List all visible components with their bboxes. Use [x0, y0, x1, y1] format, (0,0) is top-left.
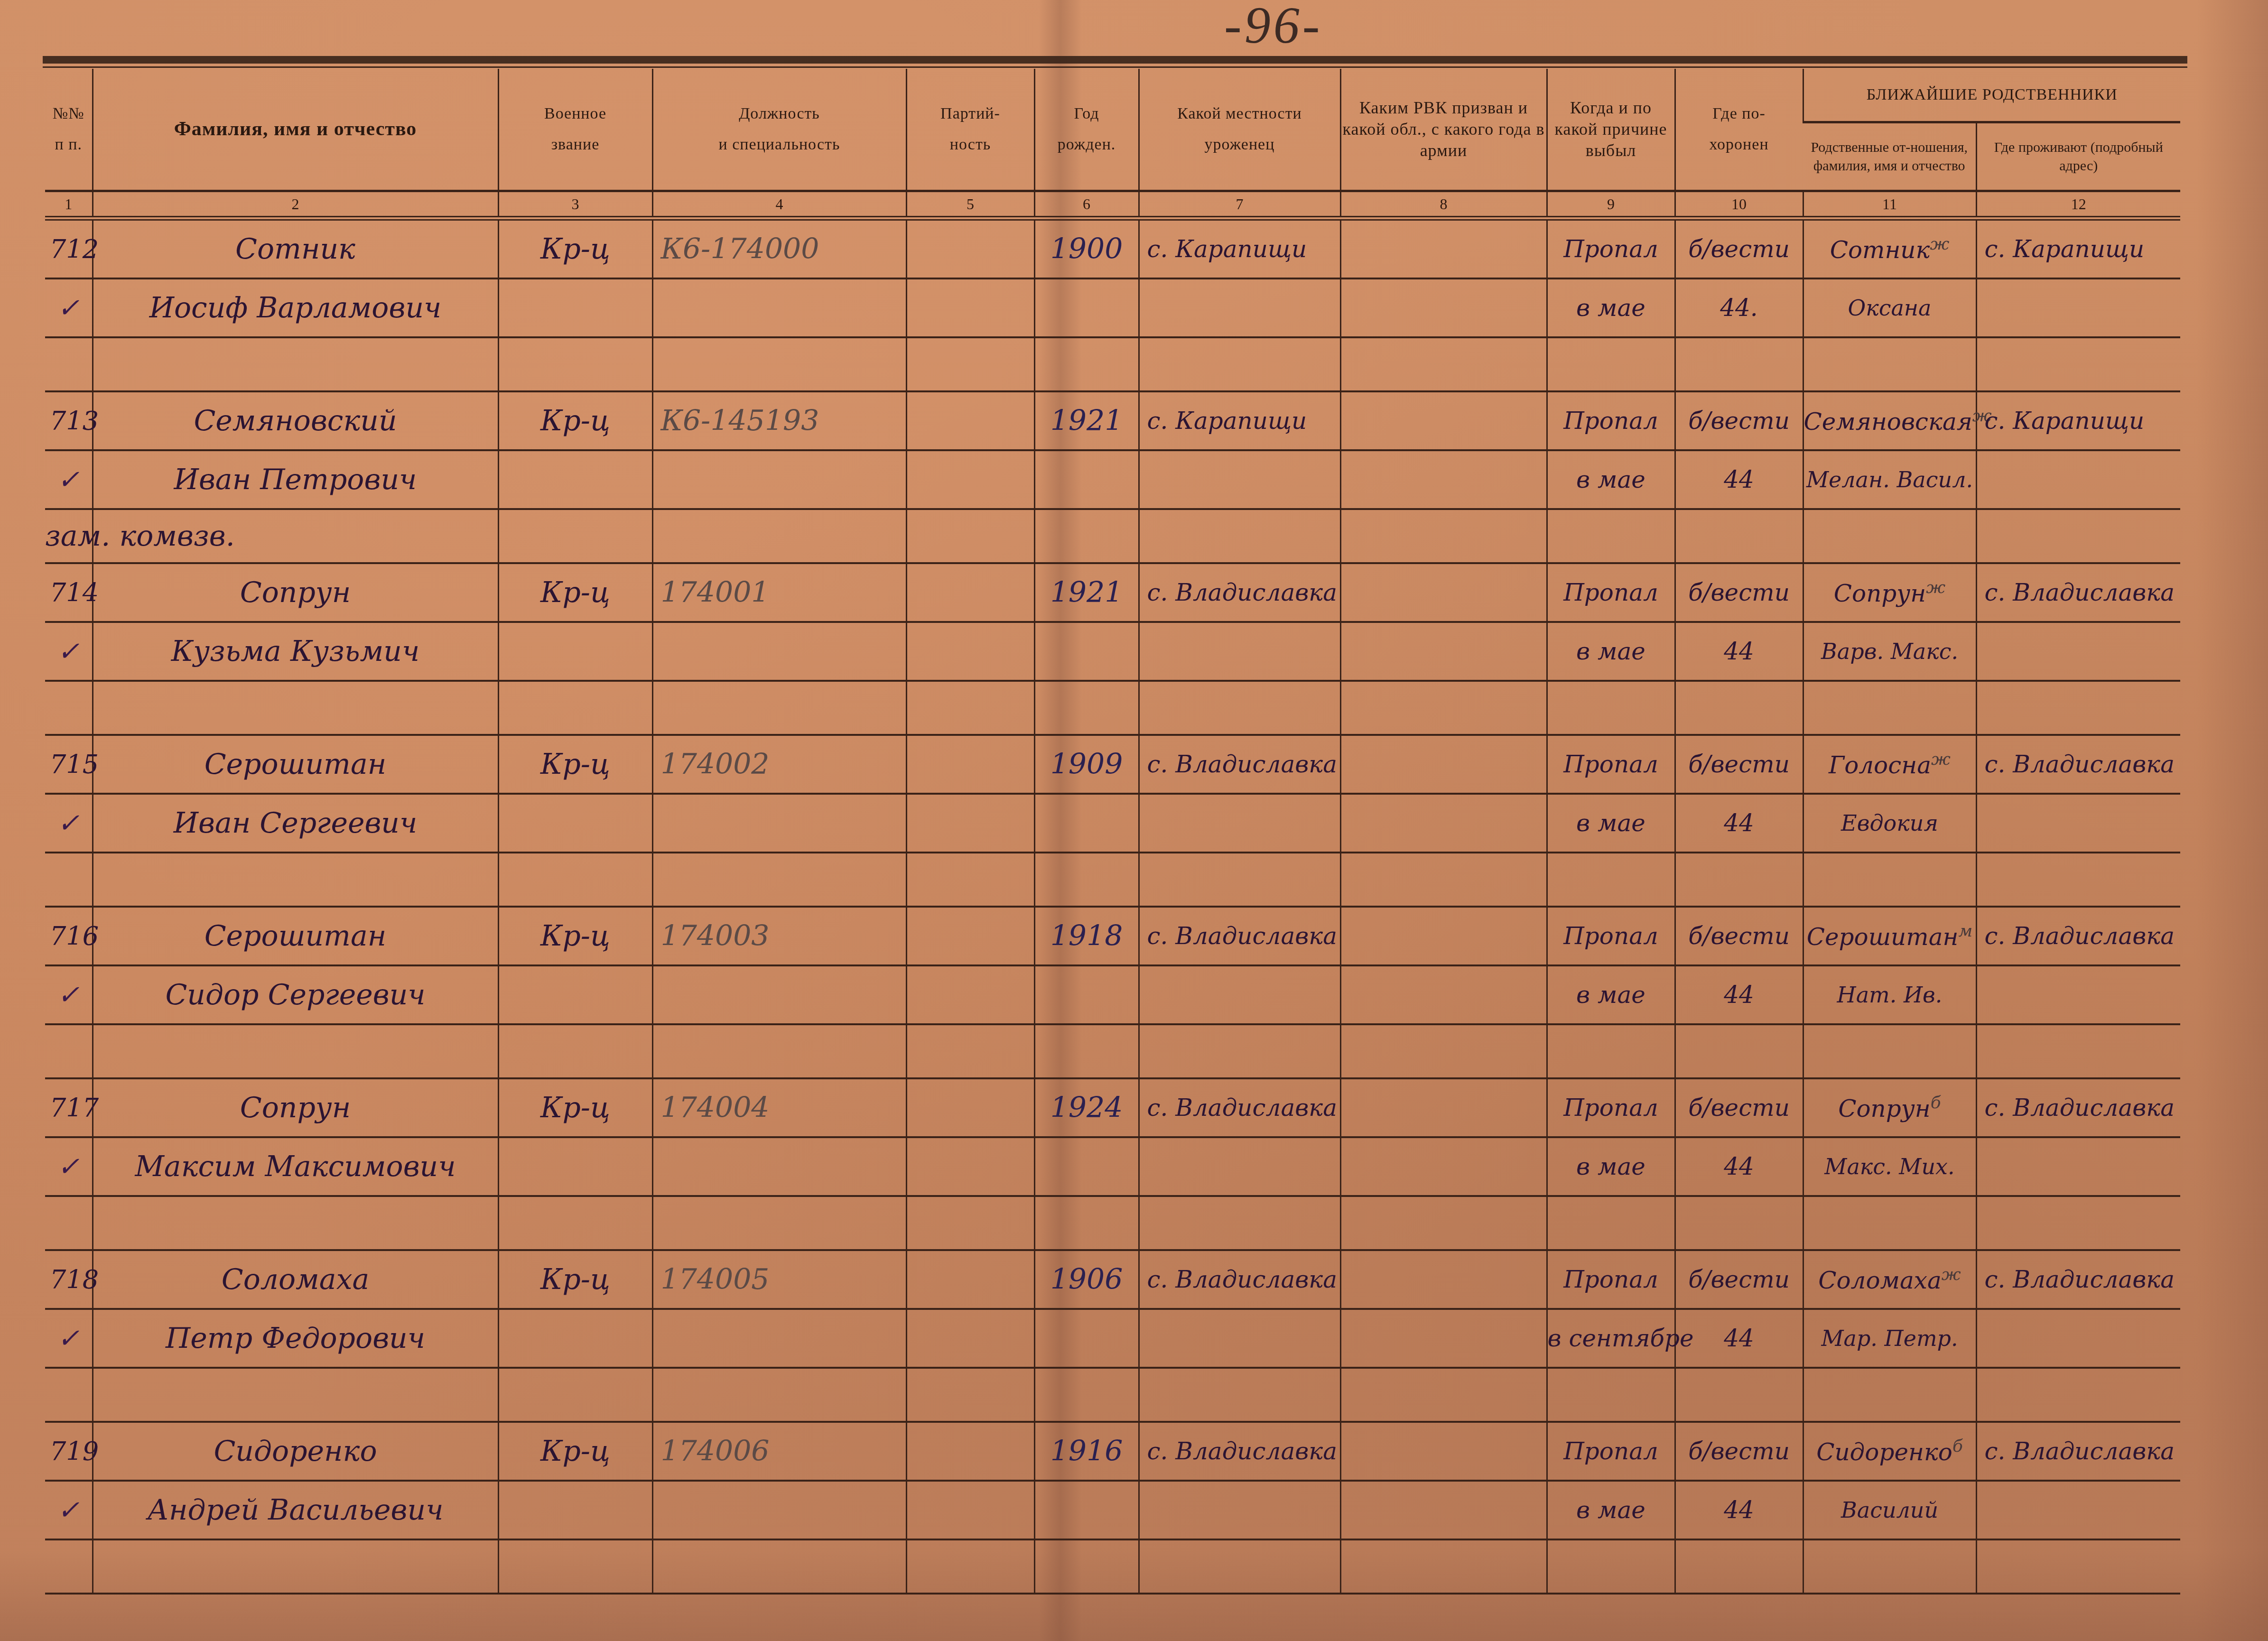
entry-surname: Сопрун: [93, 1078, 498, 1137]
entry-annotation: [45, 681, 93, 735]
entry-rank: Кр-ц: [498, 391, 652, 450]
entry-when-left: Пропал: [1547, 735, 1675, 794]
entry-rank-2: [498, 1137, 652, 1196]
blank-cell: [1139, 1368, 1340, 1422]
checkmark-icon: ✓: [45, 965, 93, 1024]
entry-relative-given: Макс. Мих.: [1803, 1137, 1976, 1196]
entry-position-2: [652, 965, 906, 1024]
entry-rvk-2: [1340, 450, 1547, 509]
entry-buried-2: 44: [1675, 622, 1803, 681]
header-birthplace: Какой местности уроженец: [1139, 69, 1340, 191]
entry-buried: б/вести: [1675, 1422, 1803, 1481]
blank-cell: [1547, 509, 1675, 563]
entry-row-blank: [45, 1368, 2180, 1422]
entry-birthplace-2: [1139, 278, 1340, 337]
entry-row-line1: 716 Серошитан Кр-ц 174003 1918 с. Владис…: [45, 907, 2180, 965]
header-party: Партий- ность: [906, 69, 1034, 191]
entry-address: с. Владиславка: [1976, 907, 2180, 965]
entry-address-2: [1976, 450, 2180, 509]
blank-cell: [1340, 1368, 1547, 1422]
header-position-line1: Должность: [653, 99, 906, 130]
blank-cell: [498, 681, 652, 735]
col-num: 11: [1803, 191, 1976, 219]
entry-birthplace: с. Владиславка: [1139, 1422, 1340, 1481]
entry-relative-relation: ж: [1931, 750, 1951, 769]
entry-year-2: [1034, 1481, 1139, 1539]
entry-when-left: Пропал: [1547, 1250, 1675, 1309]
entry-given-names: Максим Максимович: [93, 1137, 498, 1196]
entry-when-left-2: в мае: [1547, 965, 1675, 1024]
entry-annotation: [45, 1368, 93, 1422]
entry-year-2: [1034, 1309, 1139, 1368]
blank-cell: [1803, 853, 1976, 907]
entry-year-2: [1034, 278, 1139, 337]
header-rank-line1: Военное: [499, 99, 652, 130]
entry-given-names: Иван Петрович: [93, 450, 498, 509]
entry-birthplace: с. Карапищи: [1139, 391, 1340, 450]
entry-position: 174005: [652, 1250, 906, 1309]
header-birthplace-line1: Какой местности: [1140, 99, 1340, 130]
entry-relative-given: Мелан. Васил.: [1803, 450, 1976, 509]
blank-cell: [1547, 1024, 1675, 1078]
blank-cell: [906, 337, 1034, 391]
entry-surname: Серошитан: [93, 907, 498, 965]
blank-cell: [498, 1368, 652, 1422]
header-birth-year: Год рожден.: [1034, 69, 1139, 191]
header-position: Должность и специальность: [652, 69, 906, 191]
entry-address-2: [1976, 1137, 2180, 1196]
blank-cell: [498, 853, 652, 907]
entry-relative: Голоснаж: [1803, 735, 1976, 794]
entry-rank: Кр-ц: [498, 1078, 652, 1137]
entry-birthplace: с. Владиславка: [1139, 563, 1340, 622]
entry-relative-name: Сопрун: [1838, 1095, 1931, 1122]
blank-cell: [1675, 337, 1803, 391]
entry-relative-name: Сопрун: [1834, 580, 1926, 607]
entry-rvk-2: [1340, 965, 1547, 1024]
entry-buried: б/вести: [1675, 218, 1803, 278]
entry-row-line2: ✓ Сидор Сергеевич в мае 44 Нат. Ив.: [45, 965, 2180, 1024]
entry-relative-relation: б: [1952, 1437, 1963, 1456]
entry-when-left: Пропал: [1547, 907, 1675, 965]
header-party-line2: ность: [907, 130, 1034, 160]
entry-birth-year: 1924: [1034, 1078, 1139, 1137]
entry-address: с. Карапищи: [1976, 391, 2180, 450]
entry-rvk: [1340, 735, 1547, 794]
blank-cell: [1803, 337, 1976, 391]
entry-birthplace-2: [1139, 450, 1340, 509]
top-rule: [43, 56, 2187, 64]
blank-cell: [1139, 681, 1340, 735]
entry-rvk-2: [1340, 1137, 1547, 1196]
blank-cell: [1034, 1024, 1139, 1078]
entry-address-2: [1976, 965, 2180, 1024]
entry-rank: Кр-ц: [498, 218, 652, 278]
blank-cell: [652, 337, 906, 391]
entry-row-line1: 718 Соломаха Кр-ц 174005 1906 с. Владисл…: [45, 1250, 2180, 1309]
entry-party: [906, 1422, 1034, 1481]
entry-relative: Сотникж: [1803, 218, 1976, 278]
entry-row-blank: [45, 337, 2180, 391]
blank-cell: [93, 1024, 498, 1078]
entry-address: с. Владиславка: [1976, 1078, 2180, 1137]
header-when-left: Когда и по какой причине выбыл: [1547, 69, 1675, 191]
entry-number: 712: [45, 218, 93, 278]
header-full-name: Фамилия, имя и отчество: [93, 69, 498, 191]
blank-cell: [906, 1539, 1034, 1594]
top-rule-thin: [43, 66, 2187, 68]
blank-cell: [906, 681, 1034, 735]
entry-given-names: Андрей Васильевич: [93, 1481, 498, 1539]
entry-birthplace-2: [1139, 622, 1340, 681]
blank-cell: [93, 853, 498, 907]
entry-party-2: [906, 1309, 1034, 1368]
blank-cell: [1034, 509, 1139, 563]
blank-cell: [1034, 1196, 1139, 1250]
entry-buried: б/вести: [1675, 1078, 1803, 1137]
entry-surname: Семяновский: [93, 391, 498, 450]
entry-birth-year: 1921: [1034, 563, 1139, 622]
column-number-row: 1 2 3 4 5 6 7 8 9 10 11 12: [45, 191, 2180, 219]
entry-number: 719: [45, 1422, 93, 1481]
blank-cell: [93, 681, 498, 735]
entry-rvk: [1340, 1078, 1547, 1137]
entry-rvk: [1340, 563, 1547, 622]
entry-relative-given: Варв. Макс.: [1803, 622, 1976, 681]
entry-rank-2: [498, 794, 652, 853]
entry-relative-name: Семяновская: [1804, 408, 1972, 436]
entry-buried: б/вести: [1675, 907, 1803, 965]
entry-surname: Сидоренко: [93, 1422, 498, 1481]
entry-rank-2: [498, 965, 652, 1024]
entry-when-left: Пропал: [1547, 563, 1675, 622]
blank-cell: [1547, 853, 1675, 907]
blank-cell: [1547, 337, 1675, 391]
blank-cell: [93, 1196, 498, 1250]
blank-cell: [1340, 1196, 1547, 1250]
entry-given-names: Сидор Сергеевич: [93, 965, 498, 1024]
entry-birth-year: 1918: [1034, 907, 1139, 965]
entry-address: с. Владиславка: [1976, 563, 2180, 622]
blank-cell: [1547, 681, 1675, 735]
checkmark-icon: ✓: [45, 1481, 93, 1539]
entry-birthplace: с. Карапищи: [1139, 218, 1340, 278]
blank-cell: [93, 337, 498, 391]
blank-cell: [1976, 681, 2180, 735]
blank-cell: [1675, 1539, 1803, 1594]
entry-year-2: [1034, 794, 1139, 853]
blank-cell: [1139, 509, 1340, 563]
header-burial-line1: Где по-: [1676, 99, 1803, 130]
entry-rvk: [1340, 1250, 1547, 1309]
entry-rank-2: [498, 1309, 652, 1368]
entry-position-2: [652, 1481, 906, 1539]
entry-rank: Кр-ц: [498, 907, 652, 965]
entry-surname: Серошитан: [93, 735, 498, 794]
entry-party: [906, 1250, 1034, 1309]
entry-address-2: [1976, 278, 2180, 337]
blank-cell: [652, 1196, 906, 1250]
entry-relative-relation: м: [1958, 921, 1972, 941]
entries: 712 Сотник Кр-ц К6-174000 1900 с. Карапи…: [45, 218, 2180, 1594]
entry-birth-year: 1916: [1034, 1422, 1139, 1481]
entry-relative: Сопрунж: [1803, 563, 1976, 622]
entry-buried: б/вести: [1675, 1250, 1803, 1309]
header-number-line1: №№: [45, 99, 92, 130]
entry-row-line2: ✓ Иосиф Варламович в мае 44. Оксана: [45, 278, 2180, 337]
entry-rank: Кр-ц: [498, 735, 652, 794]
entry-when-left: Пропал: [1547, 391, 1675, 450]
blank-cell: [1803, 509, 1976, 563]
casualty-register-table: №№ п п. Фамилия, имя и отчество Военное …: [45, 69, 2180, 1595]
entry-row-line2: ✓ Иван Петрович в мае 44 Мелан. Васил.: [45, 450, 2180, 509]
entry-birthplace-2: [1139, 1481, 1340, 1539]
blank-cell: [1547, 1196, 1675, 1250]
entry-row-blank: [45, 1196, 2180, 1250]
entry-row-line1: 714 Сопрун Кр-ц 174001 1921 с. Владислав…: [45, 563, 2180, 622]
blank-cell: [1139, 853, 1340, 907]
entry-relative-name: Сидоренко: [1816, 1438, 1952, 1466]
entry-position-2: [652, 622, 906, 681]
checkmark-icon: ✓: [45, 1309, 93, 1368]
blank-cell: [498, 1539, 652, 1594]
entry-row-line1: 713 Семяновский Кр-ц К6-145193 1921 с. К…: [45, 391, 2180, 450]
entry-row-line2: ✓ Андрей Васильевич в мае 44 Василий: [45, 1481, 2180, 1539]
checkmark-icon: ✓: [45, 794, 93, 853]
entry-position: 174004: [652, 1078, 906, 1137]
entry-given-names: Кузьма Кузьмич: [93, 622, 498, 681]
entry-row-line1: 712 Сотник Кр-ц К6-174000 1900 с. Карапи…: [45, 218, 2180, 278]
entry-position-2: [652, 1137, 906, 1196]
entry-buried-2: 44: [1675, 794, 1803, 853]
col-num: 12: [1976, 191, 2180, 219]
entry-relative: Соломахаж: [1803, 1250, 1976, 1309]
entry-relative-name: Соломаха: [1818, 1267, 1942, 1294]
blank-cell: [1675, 1024, 1803, 1078]
entry-relative: Сопрунб: [1803, 1078, 1976, 1137]
header-position-line2: и специальность: [653, 130, 906, 160]
entry-position: 174002: [652, 735, 906, 794]
entry-address-2: [1976, 1309, 2180, 1368]
entry-rvk: [1340, 218, 1547, 278]
entry-relative-given: Евдокия: [1803, 794, 1976, 853]
blank-cell: [906, 509, 1034, 563]
entry-address-2: [1976, 1481, 2180, 1539]
entry-birth-year: 1900: [1034, 218, 1139, 278]
entry-rvk-2: [1340, 1481, 1547, 1539]
entry-surname: Сопрун: [93, 563, 498, 622]
col-num: 7: [1139, 191, 1340, 219]
blank-cell: [652, 853, 906, 907]
entry-relative: Семяновскаяж: [1803, 391, 1976, 450]
entry-relative-relation: ж: [1942, 1265, 1961, 1284]
blank-cell: [1976, 337, 2180, 391]
entry-row-line2: ✓ Петр Федорович в сентябре 44 Мар. Петр…: [45, 1309, 2180, 1368]
entry-annotation: [45, 1196, 93, 1250]
entry-party-2: [906, 1481, 1034, 1539]
blank-cell: [498, 1196, 652, 1250]
entry-rank: Кр-ц: [498, 563, 652, 622]
entry-relative-name: Сотник: [1830, 236, 1930, 264]
blank-cell: [652, 1024, 906, 1078]
blank-cell: [652, 1368, 906, 1422]
entry-when-left: Пропал: [1547, 1078, 1675, 1137]
header-birthplace-line2: уроженец: [1140, 130, 1340, 160]
entry-rank: Кр-ц: [498, 1250, 652, 1309]
entry-rank-2: [498, 278, 652, 337]
blank-cell: [1139, 337, 1340, 391]
col-num: 2: [93, 191, 498, 219]
blank-cell: [906, 1196, 1034, 1250]
entry-row-blank: [45, 1539, 2180, 1594]
header-party-line1: Партий-: [907, 99, 1034, 130]
blank-cell: [1139, 1024, 1340, 1078]
entry-number: 717: [45, 1078, 93, 1137]
blank-cell: [1547, 1539, 1675, 1594]
entry-year-2: [1034, 1137, 1139, 1196]
entry-year-2: [1034, 965, 1139, 1024]
blank-cell: [652, 1539, 906, 1594]
entry-rank: Кр-ц: [498, 1422, 652, 1481]
entry-birth-year: 1906: [1034, 1250, 1139, 1309]
entry-rvk-2: [1340, 794, 1547, 853]
entry-rvk-2: [1340, 622, 1547, 681]
entry-relative-name: Серошитан: [1807, 923, 1959, 951]
blank-cell: [1675, 1196, 1803, 1250]
entry-buried: б/вести: [1675, 391, 1803, 450]
header-conscription: Каким РВК призван и какой обл., с какого…: [1340, 69, 1547, 191]
entry-address: с. Владиславка: [1976, 1250, 2180, 1309]
header-burial-line2: хоронен: [1676, 130, 1803, 160]
header-number-line2: п п.: [45, 130, 92, 160]
blank-cell: [498, 509, 652, 563]
blank-cell: [1340, 681, 1547, 735]
entry-birthplace-2: [1139, 794, 1340, 853]
blank-cell: [652, 681, 906, 735]
checkmark-icon: ✓: [45, 1137, 93, 1196]
header-number: №№ п п.: [45, 69, 93, 191]
header-military-rank: Военное звание: [498, 69, 652, 191]
entry-position: 174001: [652, 563, 906, 622]
entry-buried-2: 44: [1675, 965, 1803, 1024]
blank-cell: [1547, 1368, 1675, 1422]
col-num: 8: [1340, 191, 1547, 219]
entry-relative: Сидоренкоб: [1803, 1422, 1976, 1481]
entry-row-line2: ✓ Иван Сергеевич в мае 44 Евдокия: [45, 794, 2180, 853]
entry-birthplace: с. Владиславка: [1139, 735, 1340, 794]
blank-cell: [1803, 1024, 1976, 1078]
page-number: -96-: [1224, 0, 1322, 56]
header-year-line1: Год: [1035, 99, 1138, 130]
entry-position-2: [652, 450, 906, 509]
entry-position-2: [652, 794, 906, 853]
entry-annotation: [45, 337, 93, 391]
entry-relative-name: Голосна: [1829, 751, 1931, 779]
entry-relative-given: Мар. Петр.: [1803, 1309, 1976, 1368]
entry-buried-2: 44: [1675, 450, 1803, 509]
entry-buried-2: 44: [1675, 1481, 1803, 1539]
entry-number: 716: [45, 907, 93, 965]
entry-party: [906, 907, 1034, 965]
entry-surname: Соломаха: [93, 1250, 498, 1309]
entry-buried: б/вести: [1675, 563, 1803, 622]
entry-row-line2: ✓ Максим Максимович в мае 44 Макс. Мих.: [45, 1137, 2180, 1196]
entry-party-2: [906, 794, 1034, 853]
entry-party-2: [906, 965, 1034, 1024]
entry-given-names: Петр Федорович: [93, 1309, 498, 1368]
entry-row-line1: 719 Сидоренко Кр-ц 174006 1916 с. Владис…: [45, 1422, 2180, 1481]
blank-cell: [1803, 1368, 1976, 1422]
entry-birth-year: 1909: [1034, 735, 1139, 794]
entry-birthplace: с. Владиславка: [1139, 907, 1340, 965]
col-num: 3: [498, 191, 652, 219]
entry-relative-given: Оксана: [1803, 278, 1976, 337]
blank-cell: [93, 1368, 498, 1422]
entry-rank-2: [498, 1481, 652, 1539]
entry-relative: Серошитанм: [1803, 907, 1976, 965]
entry-row-blank: зам. комвзв.: [45, 509, 2180, 563]
header-relative-name: Родственные от-ношения, фамилия, имя и о…: [1803, 122, 1976, 191]
entry-rvk: [1340, 391, 1547, 450]
entry-when-left-2: в сентябре: [1547, 1309, 1675, 1368]
entry-address-2: [1976, 622, 2180, 681]
col-num: 9: [1547, 191, 1675, 219]
entry-rank-2: [498, 622, 652, 681]
entry-year-2: [1034, 450, 1139, 509]
entry-party: [906, 218, 1034, 278]
entry-when-left-2: в мае: [1547, 794, 1675, 853]
blank-cell: [1139, 1196, 1340, 1250]
blank-cell: [1340, 509, 1547, 563]
col-num: 10: [1675, 191, 1803, 219]
entry-buried: б/вести: [1675, 735, 1803, 794]
blank-cell: [1675, 853, 1803, 907]
blank-cell: [1803, 1539, 1976, 1594]
blank-cell: [1976, 1539, 2180, 1594]
blank-cell: [1340, 1539, 1547, 1594]
entry-row-line1: 715 Серошитан Кр-ц 174002 1909 с. Владис…: [45, 735, 2180, 794]
entry-party-2: [906, 450, 1034, 509]
header-burial: Где по- хоронен: [1675, 69, 1803, 191]
entry-row-blank: [45, 853, 2180, 907]
blank-cell: [1976, 509, 2180, 563]
entry-given-names: Иван Сергеевич: [93, 794, 498, 853]
blank-cell: [1139, 1539, 1340, 1594]
entry-rvk: [1340, 1422, 1547, 1481]
entry-row-line1: 717 Сопрун Кр-ц 174004 1924 с. Владислав…: [45, 1078, 2180, 1137]
entry-position: К6-145193: [652, 391, 906, 450]
blank-cell: [1675, 509, 1803, 563]
col-num: 5: [906, 191, 1034, 219]
entry-row-line2: ✓ Кузьма Кузьмич в мае 44 Варв. Макс.: [45, 622, 2180, 681]
entry-birthplace-2: [1139, 965, 1340, 1024]
entry-relative-given: Нат. Ив.: [1803, 965, 1976, 1024]
entry-birthplace-2: [1139, 1137, 1340, 1196]
entry-relative-relation: ж: [1926, 578, 1945, 597]
entry-party: [906, 563, 1034, 622]
blank-cell: [1976, 1196, 2180, 1250]
entry-birthplace: с. Владиславка: [1139, 1250, 1340, 1309]
blank-cell: [1675, 1368, 1803, 1422]
entry-rank-2: [498, 450, 652, 509]
entry-party: [906, 1078, 1034, 1137]
entry-annotation: [45, 1024, 93, 1078]
entry-relative-relation: б: [1931, 1093, 1941, 1113]
checkmark-icon: ✓: [45, 450, 93, 509]
entry-annotation: зам. комвзв.: [45, 509, 93, 563]
col-num: 1: [45, 191, 93, 219]
entry-party-2: [906, 1137, 1034, 1196]
